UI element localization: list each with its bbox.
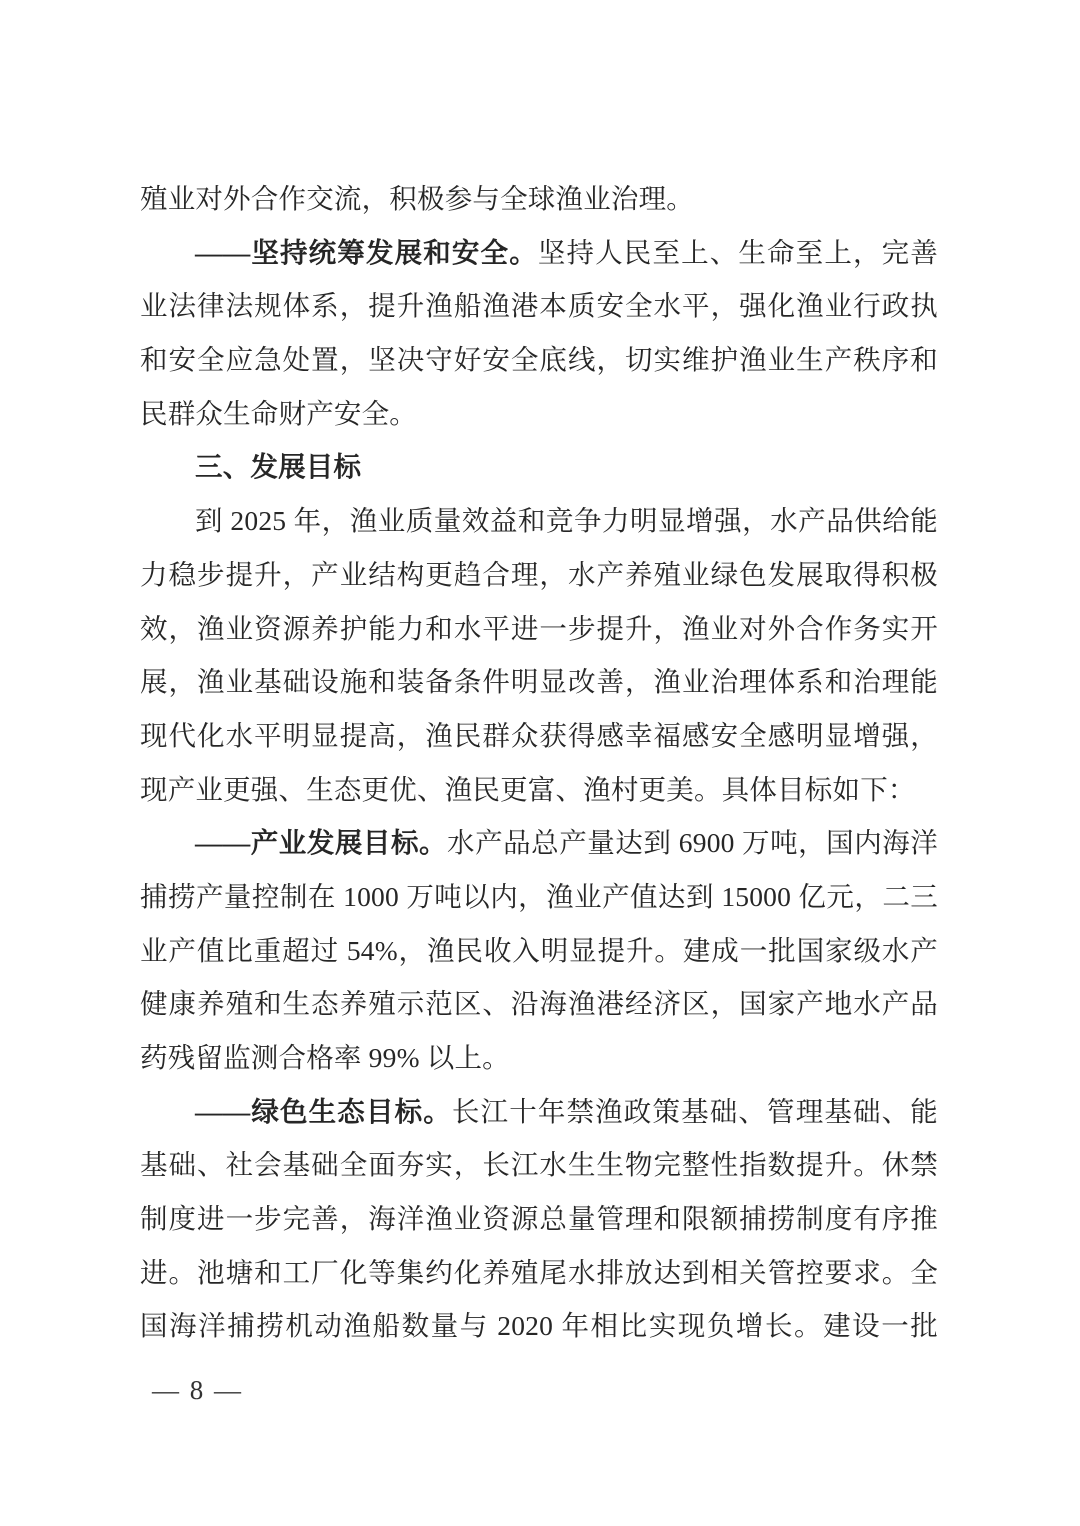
text-run: 殖业对外合作交流，积极参与全球渔业治理。: [140, 183, 694, 214]
para-industry-goal-line-2: 捕捞产量控制在 1000 万吨以内，渔业产值达到 15000 亿元，二三产: [140, 870, 938, 924]
para-coordinate-development-safety-line-3: 和安全应急处置，坚决守好安全底线，切实维护渔业生产秩序和渔: [140, 333, 938, 387]
text-run: 国海洋捕捞机动渔船数量与 2020 年相比实现负增长。建设一批: [140, 1310, 938, 1341]
text-run: 和安全应急处置，坚决守好安全底线，切实维护渔业生产秩序和渔: [140, 344, 938, 387]
para-green-ecology-goal-line-4: 进。池塘和工厂化等集约化养殖尾水排放达到相关管控要求。全: [140, 1246, 938, 1300]
para-coordinate-development-safety-line-2: 业法律法规体系，提升渔船渔港本质安全水平，强化渔业行政执法: [140, 279, 938, 333]
text-run: 现代化水平明显提高，渔民群众获得感幸福感安全感明显增强，实: [140, 720, 938, 763]
text-run: 到 2025 年，渔业质量效益和竞争力明显增强，水产品供给能: [195, 505, 938, 536]
text-run-bold: ——产业发展目标。: [195, 827, 447, 858]
text-run-bold: ——坚持统筹发展和安全。: [195, 237, 538, 268]
para-continuation-line: 殖业对外合作交流，积极参与全球渔业治理。: [140, 172, 938, 226]
text-run: 力稳步提升，产业结构更趋合理，水产养殖业绿色发展取得积极成: [140, 559, 938, 602]
para-coordinate-development-safety-line-4: 民群众生命财产安全。: [140, 387, 938, 441]
section-heading-development-goals: 三、发展目标: [140, 440, 938, 494]
text-run: 水产品总产量达到 6900 万吨，国内海洋: [447, 827, 938, 858]
text-run: 业产值比重超过 54%，渔民收入明显提升。建成一批国家级水产: [140, 935, 938, 966]
para-industry-goal-line-5: 药残留监测合格率 99% 以上。: [140, 1031, 938, 1085]
text-run: 基础、社会基础全面夯实，长江水生生物完整性指数提升。休禁渔: [140, 1149, 938, 1192]
text-run: 业法律法规体系，提升渔船渔港本质安全水平，强化渔业行政执法: [140, 290, 938, 333]
para-industry-goal-line-3: 业产值比重超过 54%，渔民收入明显提升。建成一批国家级水产: [140, 924, 938, 978]
para-2025-goals-line-2: 力稳步提升，产业结构更趋合理，水产养殖业绿色发展取得积极成: [140, 548, 938, 602]
para-green-ecology-goal-line-5: 国海洋捕捞机动渔船数量与 2020 年相比实现负增长。建设一批: [140, 1299, 938, 1353]
page-number: — 8 —: [152, 1363, 243, 1417]
para-green-ecology-goal-line-1: ——绿色生态目标。长江十年禁渔政策基础、管理基础、能力: [140, 1085, 938, 1139]
para-green-ecology-goal-line-2: 基础、社会基础全面夯实，长江水生生物完整性指数提升。休禁渔: [140, 1138, 938, 1192]
para-coordinate-development-safety-line-1: ——坚持统筹发展和安全。坚持人民至上、生命至上，完善渔: [140, 226, 938, 280]
text-run: 药残留监测合格率 99% 以上。: [140, 1042, 510, 1073]
para-2025-goals-line-3: 效，渔业资源养护能力和水平进一步提升，渔业对外合作务实开: [140, 602, 938, 656]
para-industry-goal-line-4: 健康养殖和生态养殖示范区、沿海渔港经济区，国家产地水产品兽: [140, 977, 938, 1031]
text-run: 效，渔业资源养护能力和水平进一步提升，渔业对外合作务实开: [140, 613, 938, 644]
para-2025-goals-line-1: 到 2025 年，渔业质量效益和竞争力明显增强，水产品供给能: [140, 494, 938, 548]
para-industry-goal-line-1: ——产业发展目标。水产品总产量达到 6900 万吨，国内海洋: [140, 816, 938, 870]
text-run: 现产业更强、生态更优、渔民更富、渔村更美。具体目标如下：: [140, 774, 916, 805]
text-run: 健康养殖和生态养殖示范区、沿海渔港经济区，国家产地水产品兽: [140, 988, 938, 1031]
text-run: 制度进一步完善，海洋渔业资源总量管理和限额捕捞制度有序推: [140, 1203, 938, 1234]
text-run-bold: ——绿色生态目标。: [195, 1096, 452, 1127]
text-run: 捕捞产量控制在 1000 万吨以内，渔业产值达到 15000 亿元，二三产: [140, 881, 938, 924]
text-run: 民群众生命财产安全。: [140, 398, 417, 429]
text-block: 殖业对外合作交流，积极参与全球渔业治理。——坚持统筹发展和安全。坚持人民至上、生…: [140, 172, 938, 1353]
text-run: 展，渔业基础设施和装备条件明显改善，渔业治理体系和治理能力: [140, 666, 938, 709]
para-2025-goals-line-5: 现代化水平明显提高，渔民群众获得感幸福感安全感明显增强，实: [140, 709, 938, 763]
para-2025-goals-line-4: 展，渔业基础设施和装备条件明显改善，渔业治理体系和治理能力: [140, 655, 938, 709]
text-run-bold: 三、发展目标: [195, 451, 361, 482]
para-2025-goals-line-6: 现产业更强、生态更优、渔民更富、渔村更美。具体目标如下：: [140, 763, 938, 817]
text-run: 进。池塘和工厂化等集约化养殖尾水排放达到相关管控要求。全: [140, 1257, 938, 1288]
para-green-ecology-goal-line-3: 制度进一步完善，海洋渔业资源总量管理和限额捕捞制度有序推: [140, 1192, 938, 1246]
document-page: 殖业对外合作交流，积极参与全球渔业治理。——坚持统筹发展和安全。坚持人民至上、生…: [0, 0, 1080, 1526]
